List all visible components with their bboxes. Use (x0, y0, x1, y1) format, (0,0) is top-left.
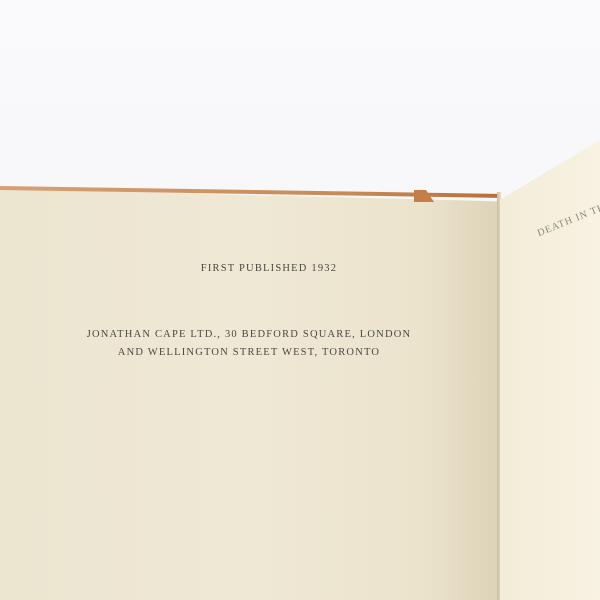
publisher-line-1: JONATHAN CAPE LTD., 30 BEDFORD SQUARE, L… (0, 329, 498, 340)
left-page (0, 189, 498, 600)
first-published-line: FIRST PUBLISHED 1932 (20, 263, 518, 274)
publisher-line-2: AND WELLINGTON STREET WEST, TORONTO (0, 347, 498, 358)
